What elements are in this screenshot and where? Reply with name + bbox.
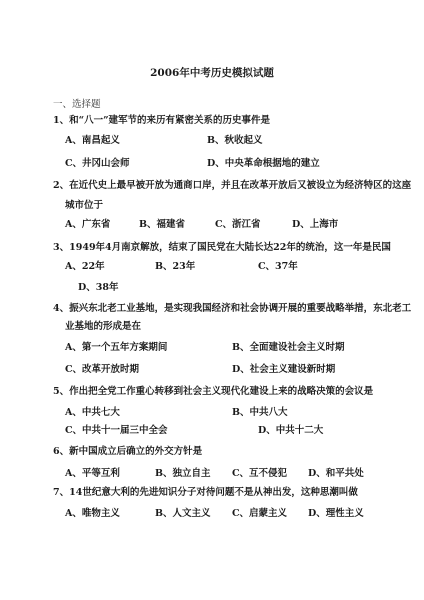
page-title: 2006年中考历史模拟试题 [0, 67, 424, 79]
question-1-stem: 1、和“八一”建军节的来历有紧密关系的历史事件是 [53, 115, 270, 127]
question-4-option-c: C、改革开放时期 [65, 364, 139, 376]
question-3-option-a: A、22年 [65, 261, 105, 273]
question-6-option-a: A、平等互利 [65, 468, 120, 480]
question-7-option-c: C、启蒙主义 [232, 508, 287, 520]
question-1-option-b: B、秋收起义 [207, 135, 263, 147]
question-4-option-b: B、全面建设社会主义时期 [232, 342, 345, 354]
question-4-stem: 4、振兴东北老工业基地，是实现我国经济和社会协调开展的重要战略举措，东北老工 [53, 303, 411, 315]
question-5-stem: 5、作出把全党工作重心转移到社会主义现代化建设上来的战略决策的会议是 [53, 386, 373, 398]
question-6-stem: 6、新中国成立后确立的外交方针是 [53, 446, 202, 458]
question-2-option-a: A、广东省 [65, 219, 110, 231]
question-1-option-c: C、井冈山会师 [65, 158, 130, 170]
question-2-option-b: B、福建省 [139, 219, 185, 231]
question-1-option-a: A、南昌起义 [65, 135, 120, 147]
question-4-option-d: D、社会主义建设新时期 [232, 364, 335, 376]
question-4-stem-cont: 业基地的形成是在 [65, 321, 141, 333]
question-5-option-d: D、中共十二大 [258, 425, 323, 437]
question-3-stem: 3、1949年4月南京解放，结束了国民党在大陆长达22年的统治，这一年是民国 [53, 242, 391, 254]
question-5-option-b: B、中共八大 [232, 407, 288, 419]
question-6-option-c: C、互不侵犯 [232, 468, 287, 480]
question-2-option-d: D、上海市 [292, 219, 338, 231]
section-heading: 一、选择题 [53, 99, 101, 111]
question-5-option-a: A、中共七大 [65, 407, 120, 419]
question-2-stem-cont: 城市位于 [65, 200, 103, 212]
question-3-option-d: D、38年 [78, 282, 118, 294]
question-6-option-b: B、独立自主 [155, 468, 211, 480]
question-7-option-d: D、理性主义 [308, 508, 364, 520]
question-3-option-b: B、23年 [155, 261, 195, 273]
question-1-option-d: D、中央革命根据地的建立 [207, 158, 320, 170]
question-2-option-c: C、浙江省 [215, 219, 261, 231]
question-5-option-c: C、中共十一届三中全会 [65, 425, 168, 437]
question-2-stem: 2、在近代史上最早被开放为通商口岸，并且在改革开放后又被设立为经济特区的这座 [53, 180, 411, 192]
question-6-option-d: D、和平共处 [308, 468, 364, 480]
question-3-option-c: C、37年 [258, 261, 298, 273]
question-4-option-a: A、第一个五年方案期间 [65, 342, 167, 354]
question-7-stem: 7、14世纪意大利的先进知识分子对待问题不是从神出发，这种思潮叫做 [53, 487, 358, 499]
question-7-option-b: B、人文主义 [155, 508, 211, 520]
question-7-option-a: A、唯物主义 [65, 508, 120, 520]
